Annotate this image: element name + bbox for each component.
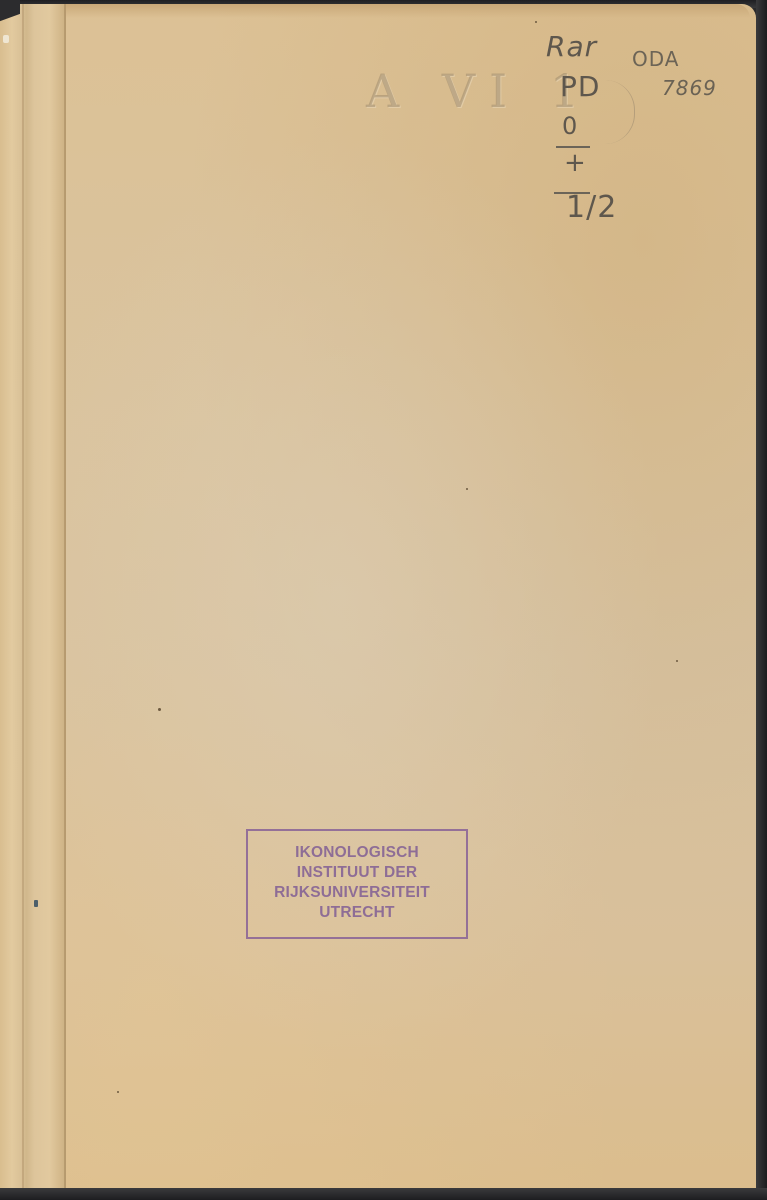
library-stamp: IKONOLOGISCH INSTITUUT DER RIJKSUNIVERSI… bbox=[246, 829, 468, 939]
binding-gutter-line bbox=[64, 4, 66, 1188]
paper-speck bbox=[466, 488, 468, 490]
scanned-page: A VI 1 Rar ODA PD 7869 0 + 1/2 IKONOLOGI… bbox=[0, 0, 767, 1200]
pencil-fraction-middle: + bbox=[564, 148, 587, 178]
paper-speck bbox=[117, 1091, 119, 1093]
pencil-fraction-bottom: 1/2 bbox=[566, 190, 617, 225]
paper-speck bbox=[676, 660, 678, 662]
endpaper bbox=[0, 4, 756, 1188]
paper-speck bbox=[158, 708, 161, 711]
paper-speck bbox=[535, 21, 537, 23]
pencil-note-oda: ODA bbox=[632, 47, 679, 71]
stamp-line-2: INSTITUUT DER bbox=[248, 863, 466, 883]
pencil-note-rar: Rar bbox=[546, 30, 597, 63]
stamp-line-1: IKONOLOGISCH bbox=[248, 843, 466, 863]
binding-strip bbox=[0, 4, 66, 1188]
corner-tear-fragment bbox=[3, 35, 9, 43]
pencil-note-pd: PD bbox=[560, 70, 600, 103]
ink-mark bbox=[34, 900, 38, 907]
pencil-note-number: 7869 bbox=[662, 76, 717, 100]
binding-fold-line bbox=[22, 4, 24, 1188]
scan-bottom-edge bbox=[0, 1188, 767, 1200]
scan-right-edge bbox=[756, 0, 767, 1200]
stamp-line-3: RIJKSUNIVERSITEIT bbox=[238, 883, 466, 903]
pencil-fraction-top: 0 bbox=[562, 112, 578, 140]
stamp-line-4: UTRECHT bbox=[248, 903, 466, 923]
page-top-discoloration bbox=[60, 4, 750, 18]
